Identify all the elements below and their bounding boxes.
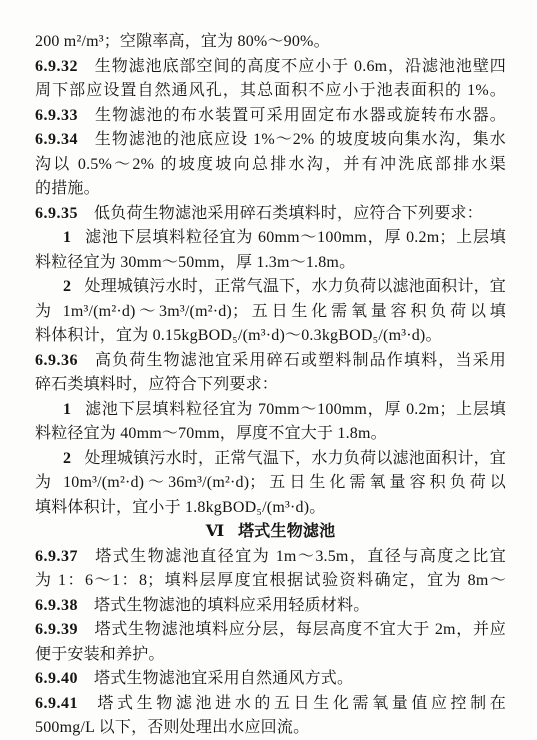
item-number: 2 — [63, 450, 72, 467]
item-number: 2 — [63, 278, 72, 295]
text-line: 200 m²/m³；空隙率高，宜为 80%～90%。 — [35, 30, 506, 55]
clause-number: 6.9.37 — [35, 548, 78, 565]
section-numeral: Ⅵ — [206, 523, 224, 540]
line-text: 滤池下层填料粒径宜为 60mm～100mm，厚 0.2m；上层填 — [85, 229, 507, 246]
line-text: 碎石类填料时，应符合下列要求： — [35, 376, 278, 393]
text-line: 便于安装和养护。 — [35, 643, 506, 668]
text-line: 碎石类填料时，应符合下列要求： — [35, 373, 506, 398]
line-text: 生物滤池的布水装置可采用固定布水器或旋转布水器。 — [94, 107, 506, 124]
line-text: 周下部应设置自然通风孔，其总面积不应小于池表面积的 1%。 — [35, 82, 506, 99]
clause-line: 6.9.36高负荷生物滤池宜采用碎石或塑料制品作填料，当采用 — [35, 349, 506, 374]
line-text: 生物滤池的池底应设 1%～2% 的坡度坡向集水沟，集水 — [94, 131, 506, 148]
clause-number: 6.9.32 — [35, 58, 78, 75]
text-line: 填料体积计，宜小于 1.8kgBOD₅/(m³·d)。 — [35, 496, 506, 521]
text-line: 500mg/L 以下，否则处理出水应回流。 — [35, 716, 506, 740]
clause-number: 6.9.39 — [35, 621, 78, 638]
clause-line: 6.9.37塔式生物滤池直径宜为 1m～3.5m，直径与高度之比宜 — [35, 545, 506, 570]
text-line: 料粒径宜为 30mm～50mm，厚 1.3m～1.8m。 — [35, 251, 506, 276]
list-item-line: 2处理城镇污水时，正常气温下，水力负荷以滤池面积计，宜 — [35, 447, 506, 472]
clause-number: 6.9.36 — [35, 352, 78, 369]
line-text: 塔式生物滤池宜采用自然通风方式。 — [94, 670, 353, 687]
clause-number: 6.9.38 — [35, 597, 78, 614]
line-text: 为 1m³/(m²·d)～3m³/(m²·d)；五日生化需氧量容积负荷以填 — [35, 303, 506, 320]
line-text: 滤池下层填料粒径宜为 70mm～100mm，厚 0.2m；上层填 — [85, 401, 507, 418]
item-number: 1 — [63, 229, 72, 246]
text-line: 料粒径宜为 40mm～70mm，厚度不宜大于 1.8m。 — [35, 422, 506, 447]
line-text: 500mg/L 以下，否则处理出水应回流。 — [35, 719, 309, 736]
text-line: 周下部应设置自然通风孔，其总面积不应小于池表面积的 1%。 — [35, 79, 506, 104]
list-item-line: 2处理城镇污水时，正常气温下，水力负荷以滤池面积计，宜 — [35, 275, 506, 300]
text-line: 为 1：6～1：8；填料层厚度宜根据试验资料确定，宜为 8m～12m。 — [35, 569, 506, 594]
list-item-line: 1滤池下层填料粒径宜为 60mm～100mm，厚 0.2m；上层填 — [35, 226, 506, 251]
line-text: 填料体积计，宜小于 1.8kgBOD₅/(m³·d)。 — [35, 499, 325, 516]
line-text: 塔式生物滤池的填料应采用轻质材料。 — [94, 597, 369, 614]
line-text: 料体积计，宜为 0.15kgBOD₅/(m³·d)～0.3kgBOD₅/(m³·… — [35, 327, 442, 344]
clause-line: 6.9.35低负荷生物滤池采用碎石类填料时，应符合下列要求： — [35, 202, 506, 227]
clause-number: 6.9.40 — [35, 670, 78, 687]
line-text: 沟以 0.5%～2% 的坡度坡向总排水沟，并有冲洗底部排水渠 — [35, 156, 506, 173]
line-text: 料粒径宜为 30mm～50mm，厚 1.3m～1.8m。 — [35, 254, 355, 271]
clause-number: 6.9.35 — [35, 205, 78, 222]
line-text: 塔式生物滤池填料应分层，每层高度不宜大于 2m，并应 — [94, 621, 506, 638]
line-text: 处理城镇污水时，正常气温下，水力负荷以滤池面积计，宜 — [85, 450, 507, 467]
text-line: 为 10m³/(m²·d)～36m³/(m²·d)；五日生化需氧量容积负荷以 — [35, 471, 506, 496]
line-text: 为 1：6～1：8；填料层厚度宜根据试验资料确定，宜为 8m～12m。 — [35, 572, 506, 594]
clause-line: 6.9.38塔式生物滤池的填料应采用轻质材料。 — [35, 594, 506, 619]
text-line: 料体积计，宜为 0.15kgBOD₅/(m³·d)～0.3kgBOD₅/(m³·… — [35, 324, 506, 349]
line-text: 生物滤池底部空间的高度不应小于 0.6m，沿滤池池壁四 — [94, 58, 506, 75]
text-line: 沟以 0.5%～2% 的坡度坡向总排水沟，并有冲洗底部排水渠 — [35, 153, 506, 178]
line-text: 为 10m³/(m²·d)～36m³/(m²·d)；五日生化需氧量容积负荷以 — [35, 474, 506, 491]
text-line: 为 1m³/(m²·d)～3m³/(m²·d)；五日生化需氧量容积负荷以填 — [35, 300, 506, 325]
clause-line: 6.9.41塔式生物滤池进水的五日生化需氧量值应控制在 — [35, 692, 506, 717]
line-text: 塔式生物滤池 — [238, 523, 335, 540]
line-text: 低负荷生物滤池采用碎石类填料时，应符合下列要求： — [94, 205, 483, 222]
clause-line: 6.9.39塔式生物滤池填料应分层，每层高度不宜大于 2m，并应 — [35, 618, 506, 643]
document-page: 200 m²/m³；空隙率高，宜为 80%～90%。6.9.32生物滤池底部空间… — [0, 0, 537, 740]
clause-line: 6.9.33生物滤池的布水装置可采用固定布水器或旋转布水器。 — [35, 104, 506, 129]
text-line: 的措施。 — [35, 177, 506, 202]
line-text: 塔式生物滤池直径宜为 1m～3.5m，直径与高度之比宜 — [94, 548, 506, 565]
clause-line: 6.9.40塔式生物滤池宜采用自然通风方式。 — [35, 667, 506, 692]
item-number: 1 — [63, 401, 72, 418]
line-text: 200 m²/m³；空隙率高，宜为 80%～90%。 — [35, 33, 330, 50]
list-item-line: 1滤池下层填料粒径宜为 70mm～100mm，厚 0.2m；上层填 — [35, 398, 506, 423]
line-text: 便于安装和养护。 — [35, 646, 165, 663]
document-body: 200 m²/m³；空隙率高，宜为 80%～90%。6.9.32生物滤池底部空间… — [35, 30, 506, 740]
clause-number: 6.9.34 — [35, 131, 78, 148]
line-text: 塔式生物滤池进水的五日生化需氧量值应控制在 — [94, 695, 506, 712]
line-text: 料粒径宜为 40mm～70mm，厚度不宜大于 1.8m。 — [35, 425, 387, 442]
line-text: 处理城镇污水时，正常气温下，水力负荷以滤池面积计，宜 — [85, 278, 507, 295]
clause-number: 6.9.41 — [35, 695, 78, 712]
line-text: 的措施。 — [35, 180, 100, 197]
clause-line: 6.9.34生物滤池的池底应设 1%～2% 的坡度坡向集水沟，集水 — [35, 128, 506, 153]
line-text: 高负荷生物滤池宜采用碎石或塑料制品作填料，当采用 — [94, 352, 506, 369]
clause-number: 6.9.33 — [35, 107, 78, 124]
section-heading: Ⅵ塔式生物滤池 — [35, 520, 506, 545]
clause-line: 6.9.32生物滤池底部空间的高度不应小于 0.6m，沿滤池池壁四 — [35, 55, 506, 80]
